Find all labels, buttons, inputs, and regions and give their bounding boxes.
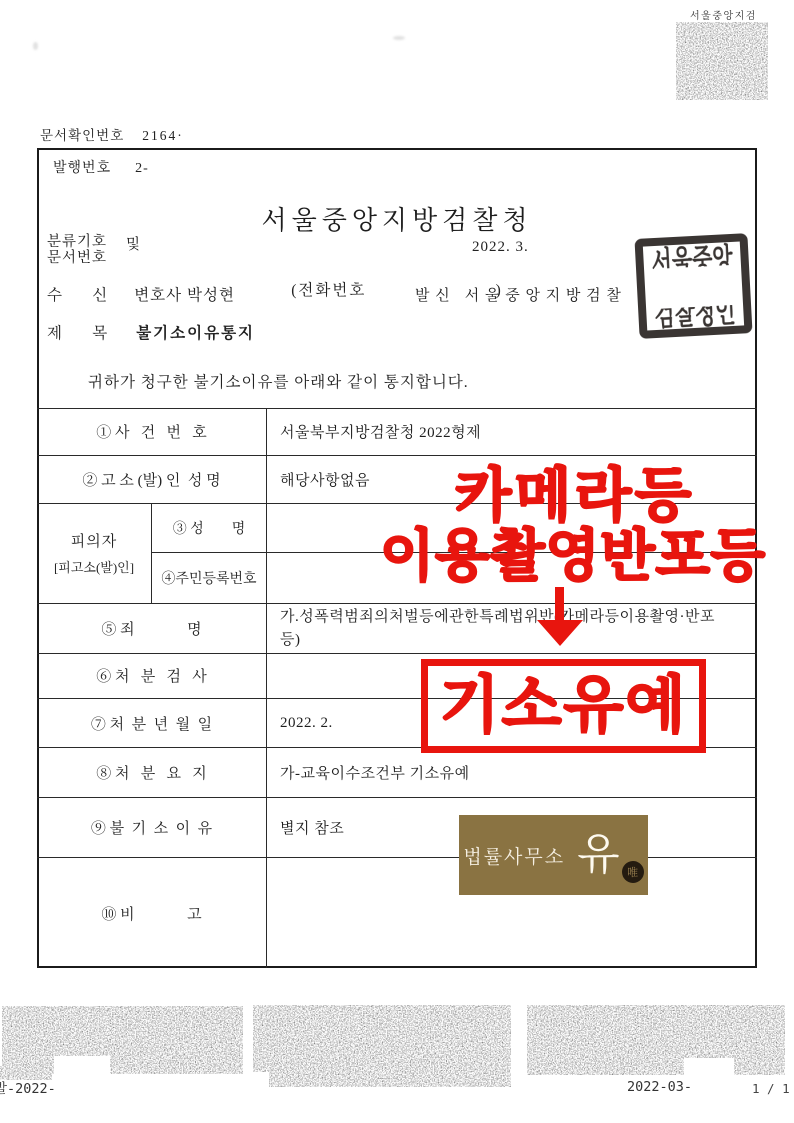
- notice-sentence: 귀하가 청구한 불기소이유를 아래와 같이 통지합니다.: [88, 370, 469, 392]
- subject-line: 제 목불기소이유통지: [47, 321, 255, 343]
- row8-value: 가-교육이수조건부 기소유예: [267, 748, 757, 797]
- table-row: ⑩ 비 고: [37, 858, 757, 968]
- sender-label: 발 신: [415, 288, 451, 304]
- law-office-name: 유: [577, 833, 620, 877]
- row5-value: 가.성폭력범죄의처벌등에관한특례법위반(카메라등이용촬영·반포등): [267, 604, 757, 653]
- recipient-label: 수 신: [47, 287, 108, 304]
- issue-number-label: 발행번호: [53, 161, 111, 176]
- footer-block-3-notch: [684, 1058, 734, 1075]
- footer-block-2-notch: [253, 1072, 269, 1087]
- table-row: ⑤ 죄 명 가.성폭력범죄의처벌등에관한특례법위반(카메라등이용촬영·반포등): [37, 604, 757, 654]
- doc-check-number: 문서확인번호2164·: [40, 124, 184, 144]
- suspect-merged-cell: 피의자 [피고소(발)인]: [37, 504, 152, 603]
- classification-label-line2: 문서번호: [47, 246, 107, 267]
- suspect-label-line1: 피의자: [71, 530, 117, 551]
- footer-block-1-notch: [54, 1056, 110, 1074]
- charge-text: 가.성폭력범죄의처벌등에관한특례법위반(카메라등이용촬영·반포등): [280, 604, 732, 652]
- corner-office-label: 서울중앙지검: [690, 7, 757, 22]
- law-office-label: 법률사무소: [463, 842, 565, 869]
- scanned-document-page: 서울중앙지검 문서확인번호2164· 발행번호2- 서울중앙지방검찰청 (전화번…: [0, 0, 794, 1123]
- row6-label: ⑥ 처 분 검 사: [37, 654, 267, 698]
- table-row: ⑧ 처 분 요 지 가-교육이수조건부 기소유예: [37, 748, 757, 798]
- footer-doc-number-left: 발-2022-: [0, 1077, 56, 1097]
- red-annotation-line2: 이용촬영반포등: [363, 512, 783, 592]
- row9-label: ⑨ 불 기 소 이 유: [37, 798, 267, 857]
- classification-suffix: 및: [126, 233, 140, 254]
- footer-date: 2022-03-: [627, 1079, 692, 1095]
- official-seal-stamp: 서울중앙 검찰청인: [634, 233, 752, 339]
- issue-number: 발행번호2-: [53, 157, 149, 177]
- subject-label: 제 목: [47, 325, 108, 342]
- sender-line: 발 신서 울 중 앙 지 방 검 찰: [415, 284, 622, 305]
- recipient-value: 변호사 박성현: [134, 287, 235, 304]
- scan-artifact: [33, 42, 38, 50]
- doc-check-value: 2164·: [142, 128, 184, 143]
- scan-artifact: [393, 36, 405, 40]
- redacted-barcode-block: [676, 22, 768, 100]
- row7-label: ⑦ 처 분 년 월 일: [37, 699, 267, 748]
- red-arrow-down-icon: [537, 620, 583, 646]
- doc-check-label: 문서확인번호: [40, 128, 124, 143]
- table-row: ⑨ 불 기 소 이 유 별지 참조: [37, 798, 757, 858]
- row8-label: ⑧ 처 분 요 지: [37, 748, 267, 797]
- law-office-logo: 법률사무소 유 唯: [459, 815, 648, 895]
- suspect-label-line2: [피고소(발)인]: [54, 557, 134, 576]
- red-highlight-box: 기소유예: [421, 659, 706, 753]
- page-title: 서울중앙지방검찰청: [37, 200, 757, 237]
- law-office-seal-icon: 唯: [622, 861, 644, 883]
- sender-value: 서 울 중 앙 지 방 검 찰: [465, 288, 622, 304]
- row4-label: ④주민등록번호: [152, 553, 267, 603]
- footer-page-number: 1 / 1: [752, 1081, 790, 1096]
- row5-label: ⑤ 죄 명: [37, 604, 267, 653]
- recipient-line: 수 신변호사 박성현: [47, 283, 235, 305]
- row2-label: ② 고 소 (발) 인 성 명: [37, 456, 267, 503]
- disposition-stamp-text: 기소유예: [440, 675, 688, 737]
- row3-label: ③ 성 명: [152, 504, 267, 553]
- redacted-footer-block-2: [253, 1005, 511, 1087]
- row1-label: ① 사 건 번 호: [37, 409, 267, 455]
- row10-label: ⑩ 비 고: [37, 858, 267, 968]
- red-arrow-shaft: [555, 587, 564, 621]
- redacted-footer-block-3: [527, 1005, 785, 1075]
- subject-value: 불기소이유통지: [136, 325, 255, 342]
- issue-number-value: 2-: [135, 161, 149, 176]
- document-date: 2022. 3.: [472, 239, 529, 256]
- redacted-footer-block-1: [2, 1006, 243, 1074]
- seal-redaction-box: [652, 265, 736, 309]
